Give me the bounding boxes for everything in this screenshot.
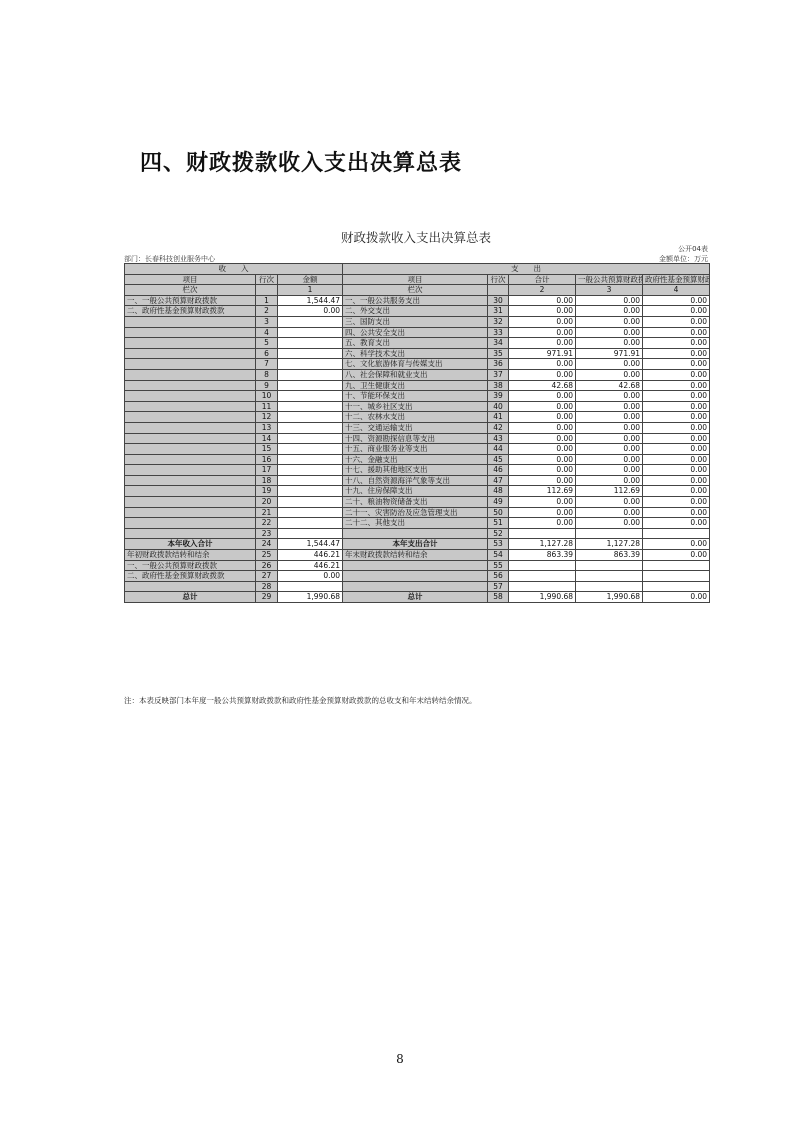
table-row: 一、一般公共预算财政拨款26446.2155 (125, 560, 710, 571)
expense-line: 43 (488, 433, 509, 444)
income-line: 11 (256, 401, 278, 412)
income-line: 9 (256, 380, 278, 391)
expense-line: 54 (488, 550, 509, 561)
expense-general: 0.00 (576, 444, 643, 455)
income-line: 15 (256, 444, 278, 455)
expense-general: 0.00 (576, 369, 643, 380)
expense-total: 0.00 (509, 391, 576, 402)
table-row: 2352 (125, 528, 710, 539)
expense-total: 42.68 (509, 380, 576, 391)
expense-general (576, 571, 643, 582)
expense-general: 0.00 (576, 412, 643, 423)
expense-item: 十九、住房保障支出 (343, 486, 488, 497)
expense-line: 32 (488, 316, 509, 327)
expense-total: 0.00 (509, 454, 576, 465)
expense-total: 0.00 (509, 444, 576, 455)
form-code: 公开04表 (678, 244, 708, 254)
expense-line: 41 (488, 412, 509, 423)
expense-item: 十四、资源勘探信息等支出 (343, 433, 488, 444)
income-line: 6 (256, 348, 278, 359)
income-item: 年初财政拨款结转和结余 (125, 550, 256, 561)
expense-total: 0.00 (509, 422, 576, 433)
income-amount: 0.00 (278, 571, 343, 582)
income-amount: 446.21 (278, 550, 343, 561)
income-line: 23 (256, 528, 278, 539)
income-line: 26 (256, 560, 278, 571)
income-amount (278, 348, 343, 359)
col-header-line: 行次 (256, 274, 278, 285)
table-note: 注：本表反映部门本年度一般公共预算财政拨款和政府性基金预算财政拨款的总收支和年末… (124, 695, 477, 706)
expense-item: 一、一般公共服务支出 (343, 295, 488, 306)
income-amount (278, 391, 343, 402)
income-item (125, 444, 256, 455)
income-line: 20 (256, 497, 278, 508)
expense-line: 45 (488, 454, 509, 465)
income-amount (278, 475, 343, 486)
expense-item (343, 581, 488, 592)
income-line: 22 (256, 518, 278, 529)
income-amount (278, 486, 343, 497)
table-row: 二、政府性基金预算财政拨款270.0056 (125, 571, 710, 582)
expense-fund: 0.00 (643, 391, 710, 402)
table-row: 3三、国防支出320.000.000.00 (125, 316, 710, 327)
income-line: 21 (256, 507, 278, 518)
expense-total: 0.00 (509, 401, 576, 412)
income-item (125, 497, 256, 508)
expense-line: 55 (488, 560, 509, 571)
income-item (125, 486, 256, 497)
expense-item: 六、科学技术支出 (343, 348, 488, 359)
expense-total: 0.00 (509, 518, 576, 529)
expense-item: 二十、粮油物资储备支出 (343, 497, 488, 508)
expense-general (576, 581, 643, 592)
expense-fund: 0.00 (643, 412, 710, 423)
expense-item (343, 560, 488, 571)
expense-general: 0.00 (576, 295, 643, 306)
income-item (125, 433, 256, 444)
expense-total: 0.00 (509, 433, 576, 444)
income-amount (278, 338, 343, 349)
column-index-amount: 1 (278, 285, 343, 296)
expense-fund: 0.00 (643, 295, 710, 306)
expense-fund: 0.00 (643, 422, 710, 433)
income-amount (278, 444, 343, 455)
income-amount (278, 433, 343, 444)
expense-fund: 0.00 (643, 401, 710, 412)
table-row: 年初财政拨款结转和结余25446.21年末财政拨款结转和结余54863.3986… (125, 550, 710, 561)
income-line: 16 (256, 454, 278, 465)
expense-item: 本年支出合计 (343, 539, 488, 550)
expense-line: 48 (488, 486, 509, 497)
expense-item: 七、文化旅游体育与传媒支出 (343, 359, 488, 370)
expense-fund: 0.00 (643, 486, 710, 497)
expense-line: 57 (488, 581, 509, 592)
expense-fund (643, 581, 710, 592)
expense-fund: 0.00 (643, 454, 710, 465)
expense-item: 二十一、灾害防治及应急管理支出 (343, 507, 488, 518)
expense-fund: 0.00 (643, 327, 710, 338)
fiscal-summary-table: 收 入 支 出 项目 行次 金额 项目 行次 合计 一般公共预算财政拨款 政府性… (124, 263, 710, 603)
expense-fund: 0.00 (643, 465, 710, 476)
expense-general: 0.00 (576, 497, 643, 508)
expense-total: 0.00 (509, 475, 576, 486)
income-amount (278, 316, 343, 327)
expense-item: 十七、援助其他地区支出 (343, 465, 488, 476)
expense-fund: 0.00 (643, 539, 710, 550)
col-header-total: 合计 (509, 274, 576, 285)
expense-fund: 0.00 (643, 444, 710, 455)
income-line: 24 (256, 539, 278, 550)
table-row: 5五、教育支出340.000.000.00 (125, 338, 710, 349)
income-item: 一、一般公共预算财政拨款 (125, 295, 256, 306)
expense-total (509, 571, 576, 582)
expense-general: 1,127.28 (576, 539, 643, 550)
expense-general: 0.00 (576, 359, 643, 370)
expense-general: 0.00 (576, 401, 643, 412)
expense-total: 0.00 (509, 465, 576, 476)
expense-general: 0.00 (576, 316, 643, 327)
income-line: 13 (256, 422, 278, 433)
expense-item (343, 571, 488, 582)
col-header-item: 项目 (125, 274, 256, 285)
table-row: 15十五、商业服务业等支出440.000.000.00 (125, 444, 710, 455)
table-row: 9九、卫生健康支出3842.6842.680.00 (125, 380, 710, 391)
table-row: 17十七、援助其他地区支出460.000.000.00 (125, 465, 710, 476)
income-amount (278, 507, 343, 518)
table-row: 22二十二、其他支出510.000.000.00 (125, 518, 710, 529)
expense-fund: 0.00 (643, 497, 710, 508)
col-header-general: 一般公共预算财政拨款 (576, 274, 643, 285)
expense-total: 112.69 (509, 486, 576, 497)
table-row: 本年收入合计241,544.47本年支出合计531,127.281,127.28… (125, 539, 710, 550)
expense-fund: 0.00 (643, 518, 710, 529)
income-item: 二、政府性基金预算财政拨款 (125, 306, 256, 317)
table-row: 11十一、城乡社区支出400.000.000.00 (125, 401, 710, 412)
column-index-total: 2 (509, 285, 576, 296)
table-row: 7七、文化旅游体育与传媒支出360.000.000.00 (125, 359, 710, 370)
expense-line: 37 (488, 369, 509, 380)
expense-general: 0.00 (576, 465, 643, 476)
income-amount (278, 412, 343, 423)
income-line: 29 (256, 592, 278, 603)
expense-total (509, 528, 576, 539)
income-item (125, 475, 256, 486)
expense-fund: 0.00 (643, 550, 710, 561)
column-index-exp-label: 栏次 (343, 285, 488, 296)
expense-general (576, 528, 643, 539)
table-row: 12十二、农林水支出410.000.000.00 (125, 412, 710, 423)
expense-item: 十八、自然资源海洋气象等支出 (343, 475, 488, 486)
expense-general: 0.00 (576, 454, 643, 465)
expense-line: 40 (488, 401, 509, 412)
income-line: 25 (256, 550, 278, 561)
expense-fund: 0.00 (643, 306, 710, 317)
expense-general: 0.00 (576, 507, 643, 518)
expense-line: 58 (488, 592, 509, 603)
income-line: 5 (256, 338, 278, 349)
expense-total: 1,127.28 (509, 539, 576, 550)
expense-general: 112.69 (576, 486, 643, 497)
income-item: 一、一般公共预算财政拨款 (125, 560, 256, 571)
income-line: 7 (256, 359, 278, 370)
column-index-fund: 4 (643, 285, 710, 296)
expense-item: 十六、金融支出 (343, 454, 488, 465)
expense-total: 0.00 (509, 338, 576, 349)
expense-item: 十三、交通运输支出 (343, 422, 488, 433)
income-amount (278, 401, 343, 412)
column-index-label: 栏次 (125, 285, 256, 296)
table-row: 19十九、住房保障支出48112.69112.690.00 (125, 486, 710, 497)
expense-line: 51 (488, 518, 509, 529)
expense-item: 总计 (343, 592, 488, 603)
income-amount: 1,544.47 (278, 295, 343, 306)
income-amount (278, 359, 343, 370)
table-row: 4四、公共安全支出330.000.000.00 (125, 327, 710, 338)
income-amount: 1,990.68 (278, 592, 343, 603)
expense-fund: 0.00 (643, 592, 710, 603)
income-item (125, 454, 256, 465)
expense-general: 0.00 (576, 391, 643, 402)
expense-general: 0.00 (576, 306, 643, 317)
column-index-exp-line (488, 285, 509, 296)
income-item (125, 465, 256, 476)
expense-line: 50 (488, 507, 509, 518)
expense-total: 0.00 (509, 327, 576, 338)
income-line: 18 (256, 475, 278, 486)
expense-line: 39 (488, 391, 509, 402)
expense-fund: 0.00 (643, 359, 710, 370)
expense-line: 53 (488, 539, 509, 550)
income-item: 总计 (125, 592, 256, 603)
expense-item: 二十二、其他支出 (343, 518, 488, 529)
income-item (125, 412, 256, 423)
expense-item: 年末财政拨款结转和结余 (343, 550, 488, 561)
expense-total: 0.00 (509, 412, 576, 423)
income-item (125, 327, 256, 338)
expense-general: 0.00 (576, 518, 643, 529)
expense-line: 49 (488, 497, 509, 508)
expense-item: 十、节能环保支出 (343, 391, 488, 402)
expense-total: 0.00 (509, 306, 576, 317)
expense-total: 0.00 (509, 497, 576, 508)
income-line: 14 (256, 433, 278, 444)
expense-general: 0.00 (576, 338, 643, 349)
income-line: 27 (256, 571, 278, 582)
expense-fund: 0.00 (643, 369, 710, 380)
expense-general: 42.68 (576, 380, 643, 391)
income-amount (278, 528, 343, 539)
col-header-exp-line: 行次 (488, 274, 509, 285)
expense-general: 0.00 (576, 422, 643, 433)
income-line: 28 (256, 581, 278, 592)
expense-item (343, 528, 488, 539)
income-line: 2 (256, 306, 278, 317)
table-row: 2857 (125, 581, 710, 592)
income-line: 19 (256, 486, 278, 497)
income-line: 8 (256, 369, 278, 380)
income-line: 1 (256, 295, 278, 306)
income-item (125, 338, 256, 349)
income-item (125, 518, 256, 529)
expense-item: 三、国防支出 (343, 316, 488, 327)
expense-line: 56 (488, 571, 509, 582)
income-item: 二、政府性基金预算财政拨款 (125, 571, 256, 582)
table-row: 8八、社会保障和就业支出370.000.000.00 (125, 369, 710, 380)
income-amount (278, 497, 343, 508)
column-index-general: 3 (576, 285, 643, 296)
income-amount: 446.21 (278, 560, 343, 571)
expense-total (509, 560, 576, 571)
expense-line: 36 (488, 359, 509, 370)
income-line: 17 (256, 465, 278, 476)
expense-general: 0.00 (576, 433, 643, 444)
income-item (125, 422, 256, 433)
income-item (125, 507, 256, 518)
income-line: 3 (256, 316, 278, 327)
expense-total: 0.00 (509, 359, 576, 370)
expense-item: 四、公共安全支出 (343, 327, 488, 338)
expense-line: 34 (488, 338, 509, 349)
expense-fund: 0.00 (643, 380, 710, 391)
income-item (125, 581, 256, 592)
expense-general: 863.39 (576, 550, 643, 561)
expense-fund (643, 560, 710, 571)
table-row: 20二十、粮油物资储备支出490.000.000.00 (125, 497, 710, 508)
income-line: 12 (256, 412, 278, 423)
income-amount (278, 518, 343, 529)
income-amount (278, 454, 343, 465)
income-line: 4 (256, 327, 278, 338)
expense-item: 十五、商业服务业等支出 (343, 444, 488, 455)
expense-item: 五、教育支出 (343, 338, 488, 349)
expense-item: 十一、城乡社区支出 (343, 401, 488, 412)
table-row: 二、政府性基金预算财政拨款20.00二、外交支出310.000.000.00 (125, 306, 710, 317)
income-item (125, 380, 256, 391)
table-row: 14十四、资源勘探信息等支出430.000.000.00 (125, 433, 710, 444)
expense-line: 30 (488, 295, 509, 306)
expense-fund: 0.00 (643, 507, 710, 518)
col-header-exp-item: 项目 (343, 274, 488, 285)
income-item (125, 391, 256, 402)
income-amount (278, 327, 343, 338)
expense-total: 0.00 (509, 369, 576, 380)
expense-general (576, 560, 643, 571)
expense-line: 38 (488, 380, 509, 391)
table-row: 一、一般公共预算财政拨款11,544.47一、一般公共服务支出300.000.0… (125, 295, 710, 306)
expense-fund: 0.00 (643, 433, 710, 444)
expense-item: 十二、农林水支出 (343, 412, 488, 423)
table-row: 13十三、交通运输支出420.000.000.00 (125, 422, 710, 433)
page-heading: 四、财政拨款收入支出决算总表 (140, 146, 462, 177)
expense-total: 0.00 (509, 507, 576, 518)
expense-general: 971.91 (576, 348, 643, 359)
expense-general: 1,990.68 (576, 592, 643, 603)
expense-line: 31 (488, 306, 509, 317)
expense-item: 二、外交支出 (343, 306, 488, 317)
expense-total: 0.00 (509, 316, 576, 327)
income-item: 本年收入合计 (125, 539, 256, 550)
expense-fund: 0.00 (643, 316, 710, 327)
table-row: 10十、节能环保支出390.000.000.00 (125, 391, 710, 402)
expense-line: 33 (488, 327, 509, 338)
expense-fund (643, 528, 710, 539)
expense-total: 971.91 (509, 348, 576, 359)
table-row: 总计291,990.68总计581,990.681,990.680.00 (125, 592, 710, 603)
expense-line: 35 (488, 348, 509, 359)
expense-fund: 0.00 (643, 348, 710, 359)
expense-item: 九、卫生健康支出 (343, 380, 488, 391)
expense-line: 42 (488, 422, 509, 433)
income-amount (278, 369, 343, 380)
expense-total (509, 581, 576, 592)
expense-line: 47 (488, 475, 509, 486)
income-item (125, 369, 256, 380)
income-amount (278, 380, 343, 391)
income-item (125, 401, 256, 412)
page-number: 8 (0, 1052, 800, 1066)
table-row: 18十八、自然资源海洋气象等支出470.000.000.00 (125, 475, 710, 486)
income-amount: 0.00 (278, 306, 343, 317)
income-header: 收 入 (125, 264, 343, 275)
expense-line: 52 (488, 528, 509, 539)
col-header-amount: 金额 (278, 274, 343, 285)
income-item (125, 348, 256, 359)
expense-header: 支 出 (343, 264, 710, 275)
table-row: 21二十一、灾害防治及应急管理支出500.000.000.00 (125, 507, 710, 518)
income-item (125, 316, 256, 327)
income-amount: 1,544.47 (278, 539, 343, 550)
income-item (125, 528, 256, 539)
expense-line: 44 (488, 444, 509, 455)
expense-item: 八、社会保障和就业支出 (343, 369, 488, 380)
income-amount (278, 581, 343, 592)
income-line: 10 (256, 391, 278, 402)
expense-total: 863.39 (509, 550, 576, 561)
income-amount (278, 422, 343, 433)
table-row: 6六、科学技术支出35971.91971.910.00 (125, 348, 710, 359)
expense-general: 0.00 (576, 327, 643, 338)
income-item (125, 359, 256, 370)
column-index-line (256, 285, 278, 296)
expense-general: 0.00 (576, 475, 643, 486)
expense-fund (643, 571, 710, 582)
expense-fund: 0.00 (643, 475, 710, 486)
table-row: 16十六、金融支出450.000.000.00 (125, 454, 710, 465)
expense-line: 46 (488, 465, 509, 476)
col-header-fund: 政府性基金预算财政拨款 (643, 274, 710, 285)
income-amount (278, 465, 343, 476)
expense-total: 0.00 (509, 295, 576, 306)
expense-total: 1,990.68 (509, 592, 576, 603)
expense-fund: 0.00 (643, 338, 710, 349)
